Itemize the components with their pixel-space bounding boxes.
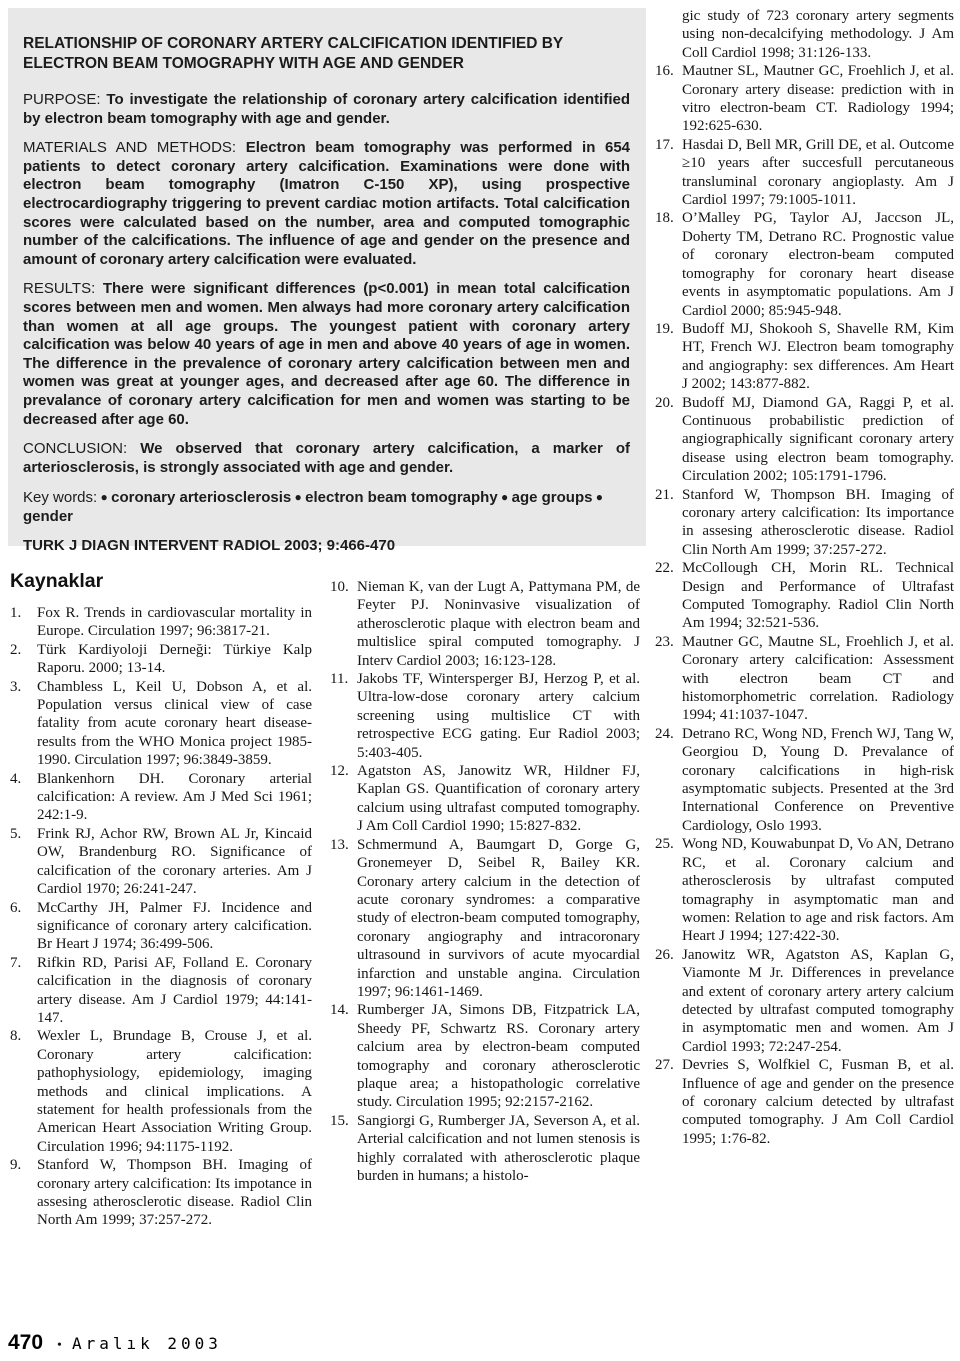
journal-citation: TURK J DIAGN INTERVENT RADIOL 2003; 9:46… (23, 537, 630, 556)
reference-text: Türk Kardiyoloji Derneği: Türkiye Kalp R… (37, 642, 312, 676)
reference-item: 6.McCarthy JH, Palmer FJ. Incidence and … (10, 899, 312, 954)
reference-text: Nieman K, van der Lugt A, Pattymana PM, … (357, 579, 640, 669)
reference-text: Schmermund A, Baumgart D, Gorge G, Grone… (357, 837, 640, 1000)
reference-text: Stanford W, Thompson BH. Imaging of coro… (682, 487, 954, 558)
bullet-icon: ● (498, 490, 512, 504)
reference-text: Wong ND, Kouwabunpat D, Vo AN, Detrano R… (682, 836, 954, 944)
reference-text: Frink RJ, Achor RW, Brown AL Jr, Kincaid… (37, 826, 312, 897)
reference-number: 2. (10, 641, 21, 659)
bullet-icon: ● (592, 490, 603, 504)
reference-text: Budoff MJ, Diamond GA, Raggi P, et al. C… (682, 395, 954, 485)
reference-item: 13.Schmermund A, Baumgart D, Gorge G, Gr… (330, 836, 640, 1002)
page-footer: 470 • Aralık 2003 (8, 1331, 222, 1355)
reference-item: 15.Sangiorgi G, Rumberger JA, Severson A… (330, 1112, 640, 1186)
reference-text: Agatston AS, Janowitz WR, Hildner FJ, Ka… (357, 763, 640, 834)
reference-number: 10. (330, 578, 349, 596)
references-column-1: 1.Fox R. Trends in cardiovascular mortal… (10, 604, 312, 1230)
abstract-section-text: There were significant differences (p<0.… (23, 280, 630, 427)
abstract-section-label: CONCLUSION: (23, 440, 140, 457)
reference-text: Devries S, Wolfkiel C, Fusman B, et al. … (682, 1057, 954, 1147)
reference-text: Fox R. Trends in cardiovascular mortalit… (37, 605, 312, 639)
reference-number: 14. (330, 1001, 349, 1019)
reference-text: Chambless L, Keil U, Dobson A, et al. Po… (37, 679, 312, 769)
reference-text: Budoff MJ, Shokooh S, Shavelle RM, Kim H… (682, 321, 954, 392)
abstract-section-text: To investigate the relationship of coron… (23, 91, 630, 127)
reference-item: 18.O’Malley PG, Taylor AJ, Jaccson JL, D… (655, 209, 954, 319)
reference-number: 11. (330, 670, 348, 688)
reference-item: 11.Jakobs TF, Wintersperger BJ, Herzog P… (330, 670, 640, 762)
abstract-title: RELATIONSHIP OF CORONARY ARTERY CALCIFIC… (23, 34, 630, 74)
reference-number: 15. (330, 1112, 349, 1130)
reference-item: 25.Wong ND, Kouwabunpat D, Vo AN, Detran… (655, 835, 954, 945)
reference-text: Rifkin RD, Parisi AF, Folland E. Coronar… (37, 955, 312, 1026)
reference-item: 17.Hasdai D, Bell MR, Grill DE, et al. O… (655, 136, 954, 210)
footer-bullet-icon: • (57, 1338, 62, 1354)
reference-text: Detrano RC, Wong ND, French WJ, Tang W, … (682, 726, 954, 834)
footer-issue-label: Aralık 2003 (72, 1334, 222, 1353)
page-number: 470 (8, 1331, 43, 1355)
bullet-icon: ● (97, 490, 111, 504)
reference-number: 18. (655, 209, 674, 227)
reference-item: 10.Nieman K, van der Lugt A, Pattymana P… (330, 578, 640, 670)
abstract-section-text: Electron beam tomography was performed i… (23, 139, 630, 268)
reference-number: 27. (655, 1056, 674, 1074)
references-column-2: 10.Nieman K, van der Lugt A, Pattymana P… (330, 578, 640, 1185)
abstract-section-label: MATERIALS AND METHODS: (23, 139, 246, 156)
reference-number: 21. (655, 486, 674, 504)
reference-number: 26. (655, 946, 674, 964)
abstract-section-label: RESULTS: (23, 280, 103, 297)
bullet-icon: ● (291, 490, 305, 504)
abstract-sections: PURPOSE: To investigate the relationship… (23, 91, 630, 477)
reference-item: 14.Rumberger JA, Simons DB, Fitzpatrick … (330, 1001, 640, 1111)
reference-text: McCarthy JH, Palmer FJ. Incidence and si… (37, 900, 312, 953)
reference-number: 8. (10, 1027, 21, 1045)
abstract-section: MATERIALS AND METHODS: Electron beam tom… (23, 139, 630, 269)
reference-item: 12.Agatston AS, Janowitz WR, Hildner FJ,… (330, 762, 640, 836)
reference-number: 9. (10, 1156, 21, 1174)
keyword: age groups (512, 489, 593, 506)
reference-text: O’Malley PG, Taylor AJ, Jaccson JL, Dohe… (682, 210, 954, 318)
reference-item: 23.Mautner GC, Mautne SL, Froehlich J, e… (655, 633, 954, 725)
reference-text: Blankenhorn DH. Coronary arterial calcif… (37, 771, 312, 824)
keyword: electron beam tomography (305, 489, 498, 506)
reference-number: 16. (655, 62, 674, 80)
reference-number: 6. (10, 899, 21, 917)
reference-text: Jakobs TF, Wintersperger BJ, Herzog P, e… (357, 671, 640, 761)
reference-number: 24. (655, 725, 674, 743)
abstract-section-label: PURPOSE: (23, 91, 106, 108)
reference-item: 24.Detrano RC, Wong ND, French WJ, Tang … (655, 725, 954, 835)
references-column-3: gic study of 723 coronary artery segment… (655, 7, 954, 1148)
reference-item: 4.Blankenhorn DH. Coronary arterial calc… (10, 770, 312, 825)
reference-text: Wexler L, Brundage B, Crouse J, et al. C… (37, 1028, 312, 1154)
reference-item: 3.Chambless L, Keil U, Dobson A, et al. … (10, 678, 312, 770)
reference-text: gic study of 723 coronary artery segment… (682, 8, 954, 61)
reference-number: 22. (655, 559, 674, 577)
reference-item: 22.McCollough CH, Morin RL. Technical De… (655, 559, 954, 633)
reference-item: 20.Budoff MJ, Diamond GA, Raggi P, et al… (655, 394, 954, 486)
abstract-section: PURPOSE: To investigate the relationship… (23, 91, 630, 128)
reference-text: Mautner SL, Mautner GC, Froehlich J, et … (682, 63, 954, 134)
reference-text: Janowitz WR, Agatston AS, Kaplan G, Viam… (682, 947, 954, 1055)
reference-number: 12. (330, 762, 349, 780)
abstract-section: CONCLUSION: We observed that coronary ar… (23, 440, 630, 477)
reference-number: 5. (10, 825, 21, 843)
reference-item: 19.Budoff MJ, Shokooh S, Shavelle RM, Ki… (655, 320, 954, 394)
reference-number: 23. (655, 633, 674, 651)
reference-item: 27.Devries S, Wolfkiel C, Fusman B, et a… (655, 1056, 954, 1148)
journal-page: RELATIONSHIP OF CORONARY ARTERY CALCIFIC… (0, 0, 960, 1361)
reference-number: 19. (655, 320, 674, 338)
keyword: coronary arteriosclerosis (111, 489, 291, 506)
reference-item: 7.Rifkin RD, Parisi AF, Folland E. Coron… (10, 954, 312, 1028)
abstract-box: RELATIONSHIP OF CORONARY ARTERY CALCIFIC… (8, 8, 646, 546)
keywords-line: Key words: ● coronary arteriosclerosis ●… (23, 488, 630, 526)
reference-item: 8.Wexler L, Brundage B, Crouse J, et al.… (10, 1027, 312, 1156)
reference-item: 16.Mautner SL, Mautner GC, Froehlich J, … (655, 62, 954, 136)
reference-number: 7. (10, 954, 21, 972)
reference-number: 1. (10, 604, 21, 622)
reference-item: gic study of 723 coronary artery segment… (655, 7, 954, 62)
reference-item: 21.Stanford W, Thompson BH. Imaging of c… (655, 486, 954, 560)
reference-text: Stanford W, Thompson BH. Imaging of coro… (37, 1157, 312, 1228)
reference-item: 2.Türk Kardiyoloji Derneği: Türkiye Kalp… (10, 641, 312, 678)
reference-text: Mautner GC, Mautne SL, Froehlich J, et a… (682, 634, 954, 724)
reference-number: 25. (655, 835, 674, 853)
reference-item: 26.Janowitz WR, Agatston AS, Kaplan G, V… (655, 946, 954, 1056)
reference-number: 4. (10, 770, 21, 788)
reference-text: Hasdai D, Bell MR, Grill DE, et al. Outc… (682, 137, 954, 208)
reference-item: 9.Stanford W, Thompson BH. Imaging of co… (10, 1156, 312, 1230)
reference-item: 1.Fox R. Trends in cardiovascular mortal… (10, 604, 312, 641)
references-heading: Kaynaklar (10, 570, 103, 593)
reference-number: 3. (10, 678, 21, 696)
reference-number: 13. (330, 836, 349, 854)
reference-text: Sangiorgi G, Rumberger JA, Severson A, e… (357, 1113, 640, 1184)
reference-text: Rumberger JA, Simons DB, Fitzpatrick LA,… (357, 1002, 640, 1110)
reference-number: 17. (655, 136, 674, 154)
abstract-section: RESULTS: There were significant differen… (23, 280, 630, 429)
reference-text: McCollough CH, Morin RL. Technical Desig… (682, 560, 954, 631)
reference-item: 5.Frink RJ, Achor RW, Brown AL Jr, Kinca… (10, 825, 312, 899)
keywords-label: Key words: (23, 489, 97, 506)
reference-number: 20. (655, 394, 674, 412)
keyword: gender (23, 508, 73, 525)
